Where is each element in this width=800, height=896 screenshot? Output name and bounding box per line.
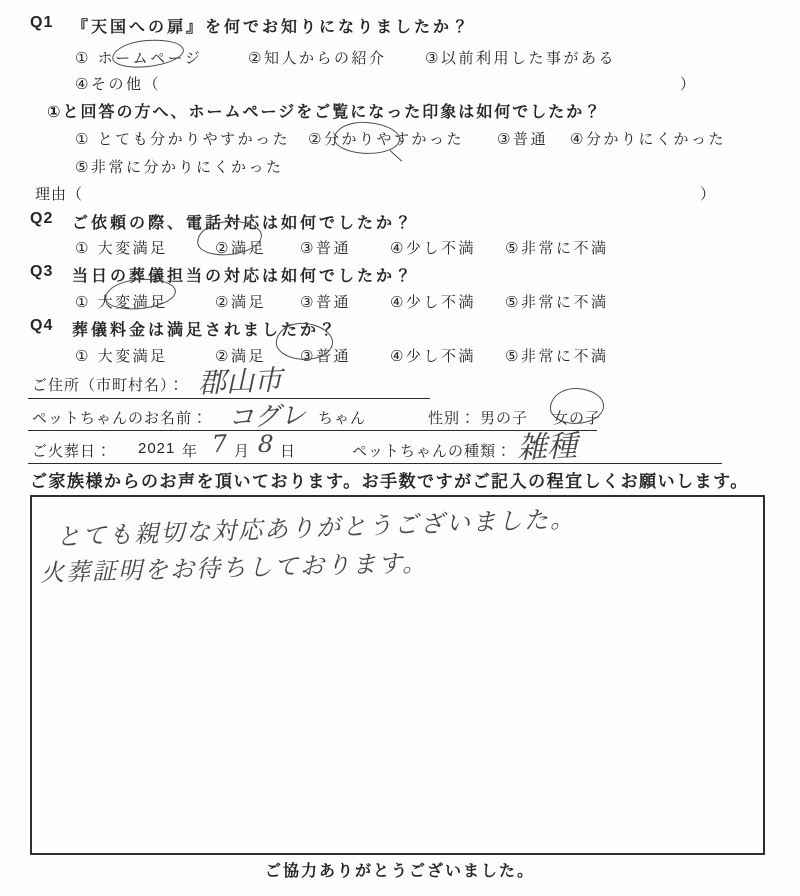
q3-question: 当日の葬儀担当の対応は如何でしたか？ [72, 263, 414, 286]
year-unit: 年 [182, 440, 198, 461]
cremation-day-handwritten: 8 [257, 430, 274, 459]
cremation-date-underline [28, 463, 722, 464]
pet-name-suffix: ちゃん [318, 407, 366, 428]
sub-question: ①と回答の方へ、ホームページをご覧になった印象は如何でしたか？ [47, 99, 602, 122]
address-label: ご住所（市町村名）： [32, 374, 185, 395]
sub-option-normal: ③普通 [497, 128, 548, 149]
q2-option-satisfied: ②満足 [215, 237, 266, 258]
thanks-message: ご協力ありがとうございました。 [0, 858, 800, 881]
reason-close-paren: ） [700, 183, 716, 204]
q3-option-slightly-dissatisfied: ④少し不満 [390, 291, 476, 312]
survey-scan-page: Q1 『天国への扉』を何でお知りになりましたか？ ① ホームページ ②知人からの… [0, 0, 800, 896]
q1-option-used-before: ③以前利用した事がある [425, 47, 616, 68]
pet-name-underline [28, 430, 597, 431]
q1-option-other-close-paren: ） [680, 73, 698, 94]
q3-option-normal: ③普通 [300, 291, 351, 312]
q1-option-homepage: ① ホームページ [75, 47, 202, 68]
comment-intro: ご家族様からのお声を頂いております。お手数ですがご記入の程宜しくお願いします。 [30, 467, 749, 492]
q4-option-slightly-dissatisfied: ④少し不満 [390, 345, 476, 366]
cremation-date-label: ご火葬日： [32, 440, 112, 461]
sub-option-very-clear: ① とても分かりやすかった [75, 128, 290, 149]
cremation-year: 2021 [138, 440, 175, 457]
q2-option-normal: ③普通 [300, 237, 351, 258]
q3-number: Q3 [30, 263, 53, 281]
q3-option-satisfied: ②満足 [215, 291, 266, 312]
sub-option-clear: ②分かりやすかった [308, 128, 464, 149]
q1-number: Q1 [30, 14, 53, 32]
q1-question: 『天国への扉』を何でお知りになりましたか？ [72, 14, 471, 37]
q4-option-very-dissatisfied: ⑤非常に不満 [505, 345, 608, 366]
gender-label: 性別： [428, 407, 476, 428]
pet-name-value-handwritten: コグレ [227, 395, 306, 435]
species-value-handwritten: 雑種 [516, 421, 577, 467]
q1-option-other: ④その他（ [75, 73, 161, 94]
cremation-month-handwritten: 7 [211, 430, 228, 459]
day-unit: 日 [280, 440, 296, 461]
q4-question: 葬儀料金は満足されましたか？ [72, 317, 338, 340]
q2-option-slightly-dissatisfied: ④少し不満 [390, 237, 476, 258]
month-unit: 月 [234, 440, 250, 461]
q2-option-very-satisfied: ① 大変満足 [75, 237, 168, 258]
sub-option-unclear: ④分かりにくかった [570, 128, 726, 149]
sub-option-very-unclear: ⑤非常に分かりにくかった [75, 156, 283, 177]
pet-name-label: ペットちゃんのお名前： [32, 407, 208, 428]
reason-label: 理由（ [35, 183, 83, 204]
q2-option-very-dissatisfied: ⑤非常に不満 [505, 237, 608, 258]
q4-number: Q4 [30, 317, 53, 335]
q1-option-referral: ②知人からの紹介 [248, 47, 386, 68]
q4-option-normal: ③普通 [300, 345, 351, 366]
species-label: ペットちゃんの種類： [352, 440, 512, 461]
q2-question: ご依頼の際、電話対応は如何でしたか？ [72, 210, 414, 233]
q4-option-very-satisfied: ① 大変満足 [75, 345, 168, 366]
q3-option-very-dissatisfied: ⑤非常に不満 [505, 291, 608, 312]
sub-answer-circle-tail [390, 150, 403, 161]
q2-number: Q2 [30, 210, 53, 228]
q3-option-very-satisfied: ① 大変満足 [75, 291, 168, 312]
